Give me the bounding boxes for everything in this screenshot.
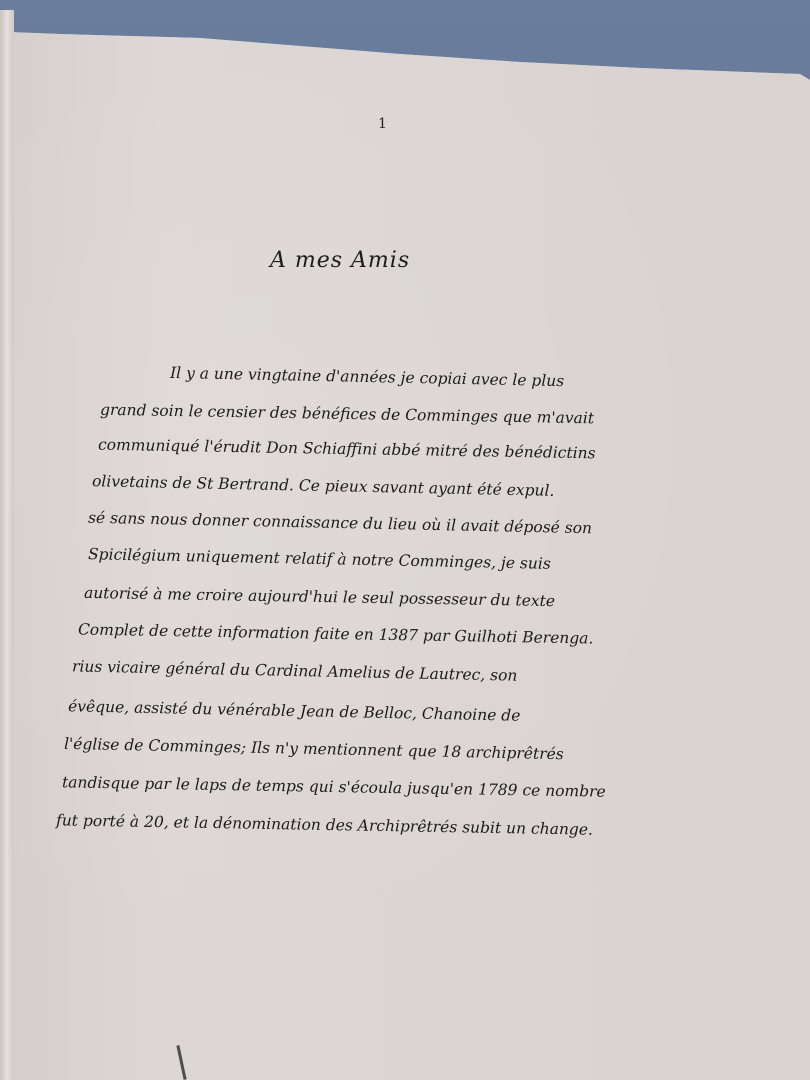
page-number: 1 [378,116,387,132]
dedication-heading: A mes Amis [270,248,410,273]
page-edge [0,10,14,1080]
manuscript-page [0,0,810,1080]
